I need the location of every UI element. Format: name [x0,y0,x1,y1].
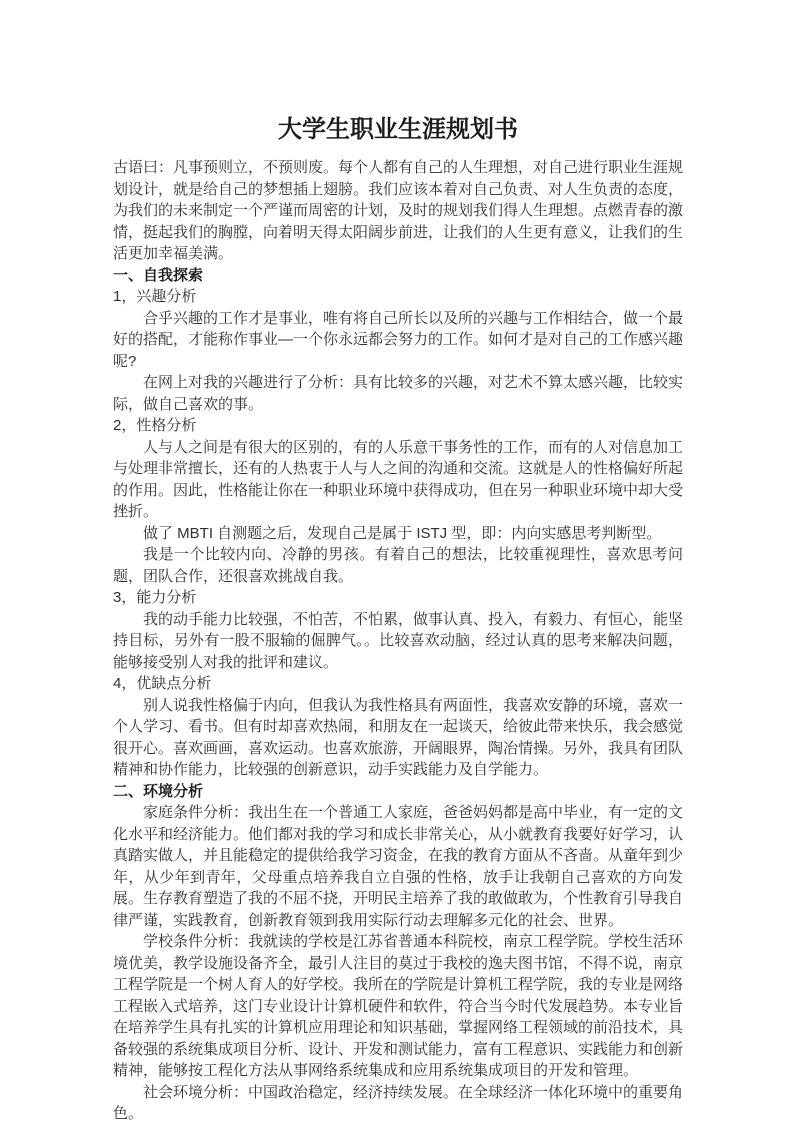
section-heading: 一、自我探索 [113,265,683,287]
subsection-label: 4，优缺点分析 [113,673,683,695]
body-paragraph: 在网上对我的兴趣进行了分析：具有比较多的兴趣，对艺术不算太感兴趣，比较实际，做自… [113,372,683,415]
subsection-label: 3，能力分析 [113,587,683,609]
body-paragraph: 我是一个比较内向、冷静的男孩。有着自己的想法，比较重视理性，喜欢思考问题，团队合… [113,544,683,587]
document-body: 古语曰：凡事预则立，不预则废。每个人都有自己的人生理想，对自己进行职业生涯规划设… [113,157,683,1122]
body-paragraph: 别人说我性格偏于内向，但我认为我性格具有两面性，我喜欢安静的环境，喜欢一个人学习… [113,695,683,781]
body-paragraph: 人与人之间是有很大的区别的，有的人乐意干事务性的工作，而有的人对信息加工与处理非… [113,437,683,523]
section-heading: 二、环境分析 [113,781,683,803]
body-paragraph: 合乎兴趣的工作才是事业，唯有将自己所长以及所的兴趣与工作相结合，做一个最好的搭配… [113,308,683,373]
body-paragraph: 我的动手能力比较强，不怕苦，不怕累，做事认真、投入，有毅力、有恒心，能坚持目标，… [113,609,683,674]
body-paragraph: 学校条件分析：我就读的学校是江苏省普通本科院校，南京工程学院。学校生活环境优美，… [113,931,683,1082]
document-page: 大学生职业生涯规划书 古语曰：凡事预则立，不预则废。每个人都有自己的人生理想，对… [0,0,793,1122]
document-sections: 一、自我探索1，兴趣分析合乎兴趣的工作才是事业，唯有将自己所长以及所的兴趣与工作… [113,265,683,1122]
body-paragraph: 家庭条件分析：我出生在一个普通工人家庭，爸爸妈妈都是高中毕业，有一定的文化水平和… [113,802,683,931]
body-paragraph: 社会环境分析：中国政治稳定，经济持续发展。在全球经济一体化环境中的重要角色。 [113,1082,683,1122]
document-title: 大学生职业生涯规划书 [113,116,683,144]
intro-paragraph: 古语曰：凡事预则立，不预则废。每个人都有自己的人生理想，对自己进行职业生涯规划设… [113,157,683,265]
subsection-label: 2，性格分析 [113,415,683,437]
subsection-label: 1，兴趣分析 [113,286,683,308]
body-paragraph: 做了 MBTI 自测题之后，发现自己是属于 ISTJ 型，即：内向实感思考判断型… [113,523,683,545]
